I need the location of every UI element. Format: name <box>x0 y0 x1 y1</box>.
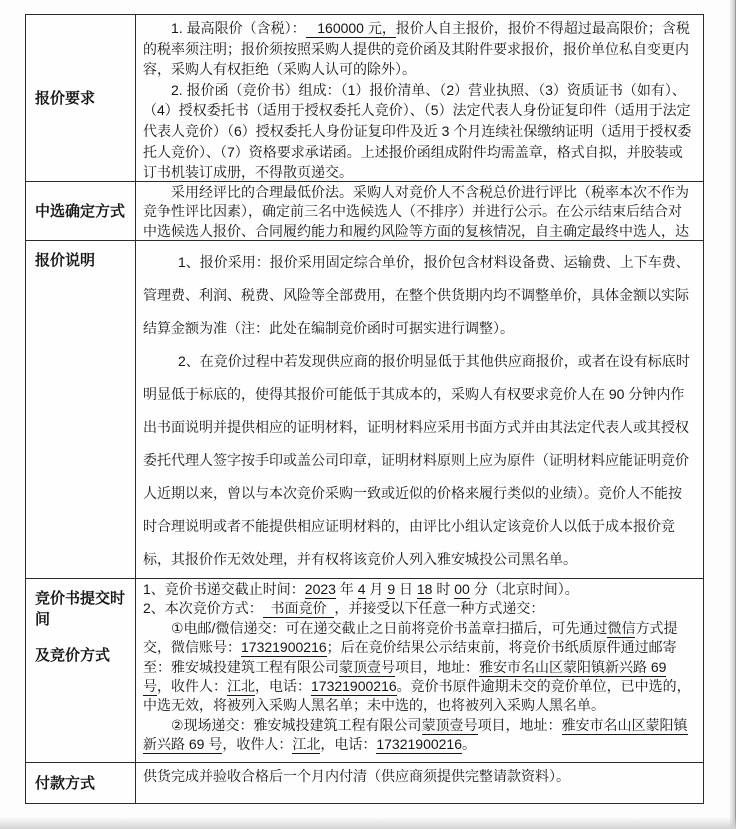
paragraph: ②现场递交：雅安城投建筑工程有限公司蒙顶壹号项目，地址：雅安市名山区蒙阳镇新兴路… <box>143 716 694 755</box>
text-segment: 1、报价采用：报价采用固定综合单价，报价包含材料设备费、运输费、上下车费、管理费… <box>143 254 690 336</box>
row-content: 1、报价采用：报价采用固定综合单价，报价包含材料设备费、运输费、上下车费、管理费… <box>136 241 703 578</box>
underlined-text: 4 <box>358 581 366 599</box>
text-segment: 项目，地址： <box>478 717 562 733</box>
text-segment: 采用经评比的合理最低价法。采购人对竞价人不含税总价进行评比（税率本次不作为竞争性… <box>143 184 689 241</box>
document-page: 报价要求1. 最高限价（含税）： 160000 元，报价人自主报价，报价不得超过… <box>0 0 736 829</box>
paragraph: 2、在竞价过程中若发现供应商的报价明显低于其他供应商报价，或者在设有标底时明显低… <box>143 345 694 576</box>
text-segment: ，并接受以下任意一种方式递交： <box>334 600 544 616</box>
underlined-text: 微信 <box>607 620 635 638</box>
row-label: 中选确定方式 <box>26 182 136 240</box>
text-segment: ，电话： <box>320 736 376 752</box>
scan-edge-bottom <box>0 817 736 829</box>
underlined-text: 江北 <box>292 736 320 754</box>
row-label: 付款方式 <box>26 763 136 803</box>
text-segment: 。 <box>462 736 476 752</box>
table-row: 报价说明1、报价采用：报价采用固定综合单价，报价包含材料设备费、运输费、上下车费… <box>26 241 703 579</box>
underlined-text: 17321900216 <box>311 678 397 696</box>
underlined-text: 18 <box>417 581 433 599</box>
underlined-text: 00 <box>454 581 470 599</box>
procurement-requirements-table: 报价要求1. 最高限价（含税）： 160000 元，报价人自主报价，报价不得超过… <box>25 14 704 804</box>
underlined-text: 蒙顶壹号 <box>339 659 395 677</box>
text-segment: 月 <box>366 581 388 597</box>
table-row: 付款方式供货完成并验收合格后一个月内付清（供应商须提供完整请款资料）。 <box>26 763 703 803</box>
underlined-text: 蒙顶壹号 <box>422 717 478 735</box>
table-row: 中选确定方式采用经评比的合理最低价法。采购人对竞价人不含税总价进行评比（税率本次… <box>26 182 703 241</box>
paragraph: 2. 报价函（竞价书）组成：（1）报价清单、（2）营业执照、（3）资质证书（如有… <box>143 80 694 182</box>
row-content: 1、竞价书递交截止时间：2023 年 4 月 9 日 18 时 00 分（北京时… <box>136 579 703 762</box>
row-label-line: 及竞价方式 <box>35 645 133 666</box>
row-label: 报价要求 <box>26 15 136 181</box>
paragraph: 1、竞价书递交截止时间：2023 年 4 月 9 日 18 时 00 分（北京时… <box>143 580 694 599</box>
text-segment: ，收件人： <box>222 736 292 752</box>
row-label: 竞价书提交时间及竞价方式 <box>26 579 136 762</box>
row-content: 采用经评比的合理最低价法。采购人对竞价人不含税总价进行评比（税率本次不作为竞争性… <box>136 182 703 240</box>
text-segment: 日 <box>395 581 417 597</box>
text-segment: 2. 报价函（竞价书）组成：（1）报价清单、（2）营业执照、（3）资质证书（如有… <box>143 82 691 180</box>
text-segment: ②现场递交：雅安城投建筑工程有限公司 <box>171 717 422 733</box>
text-segment: 分（北京时间）。 <box>470 581 579 597</box>
row-label-line: 报价说明 <box>35 250 133 271</box>
paragraph: 2、本次竞价方式： 书面竞价 ，并接受以下任意一种方式递交： <box>143 599 694 618</box>
text-segment: ，电话： <box>255 678 311 694</box>
row-label-line: 竞价书提交时间 <box>35 588 133 630</box>
scan-edge-right <box>729 0 736 829</box>
row-label-line: 中选确定方式 <box>35 201 133 222</box>
row-label: 报价说明 <box>26 241 136 578</box>
underlined-text: 江北 <box>227 678 255 696</box>
text-segment: 1、竞价书递交截止时间： <box>143 581 305 597</box>
text-segment: 年 <box>336 581 358 597</box>
text-segment: 时 <box>432 581 454 597</box>
table-row: 报价要求1. 最高限价（含税）： 160000 元，报价人自主报价，报价不得超过… <box>26 15 703 182</box>
text-segment: 供货完成并验收合格后一个月内付清（供应商须提供完整请款资料）。 <box>143 768 570 784</box>
paragraph: 1. 最高限价（含税）： 160000 元，报价人自主报价，报价不得超过最高限价… <box>143 18 694 80</box>
text-segment: ，收件人： <box>157 678 227 694</box>
paragraph: 供货完成并验收合格后一个月内付清（供应商须提供完整请款资料）。 <box>143 766 694 787</box>
underlined-text: 160000 元， <box>306 20 396 38</box>
text-segment: 项目，地址： <box>395 659 479 675</box>
text-segment: ①电邮/微信递交：可在递交截止之日前将竞价书盖章扫描后，可先通过 <box>171 620 607 636</box>
text-segment: 2、本次竞价方式： <box>143 600 263 616</box>
paragraph: ①电邮/微信递交：可在递交截止之日前将竞价书盖章扫描后，可先通过微信方式提交，微… <box>143 619 694 716</box>
text-segment: 2、在竞价过程中若发现供应商的报价明显低于其他供应商报价，或者在设有标底时明显低… <box>143 353 690 567</box>
row-content: 1. 最高限价（含税）： 160000 元，报价人自主报价，报价不得超过最高限价… <box>136 15 703 181</box>
paragraph: 1、报价采用：报价采用固定综合单价，报价包含材料设备费、运输费、上下车费、管理费… <box>143 246 694 345</box>
underlined-text: 9 <box>387 581 395 599</box>
underlined-text: 书面竞价 <box>263 600 335 618</box>
underlined-text: 17321900216 <box>376 736 462 754</box>
row-label-line: 报价要求 <box>35 88 133 109</box>
text-segment: 1. 最高限价（含税）： <box>171 20 306 36</box>
underlined-text: 17321900216 <box>241 639 327 657</box>
paragraph: 采用经评比的合理最低价法。采购人对竞价人不含税总价进行评比（税率本次不作为竞争性… <box>143 183 694 241</box>
row-label-line: 付款方式 <box>35 773 133 794</box>
underlined-text: 2023 <box>305 581 336 599</box>
table-row: 竞价书提交时间及竞价方式1、竞价书递交截止时间：2023 年 4 月 9 日 1… <box>26 579 703 763</box>
row-content: 供货完成并验收合格后一个月内付清（供应商须提供完整请款资料）。 <box>136 763 703 803</box>
